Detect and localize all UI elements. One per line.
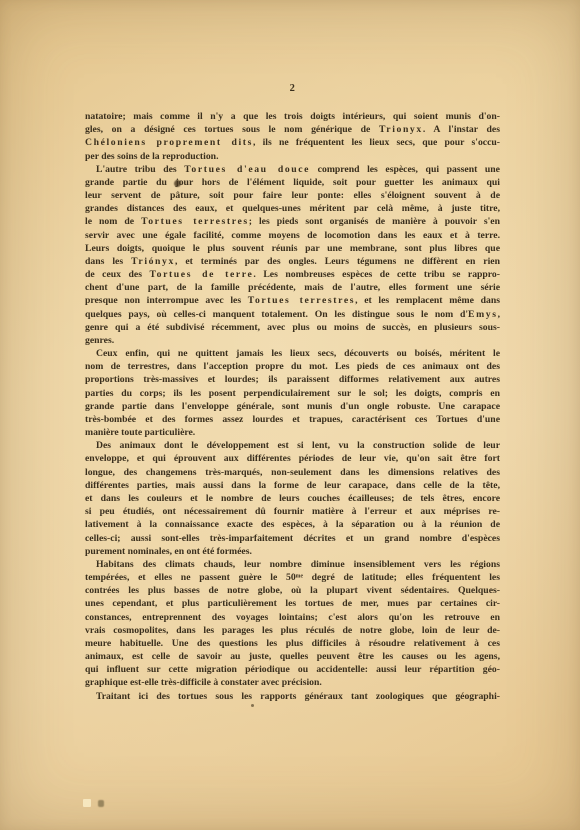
text-line: manière toute particulière. — [85, 426, 500, 439]
text-segment: , — [498, 309, 500, 320]
text-segment: . A l'instar des — [423, 124, 500, 135]
text-segment: Ceux enfin, qui ne quittent jamais les l… — [96, 348, 500, 359]
text-segment: unes cependant, et plus particulièrement… — [85, 598, 500, 609]
text-segment: tempérées, et elles ne passent guère le … — [85, 572, 500, 583]
text-line: purement nominales, en ont été formées. — [85, 545, 500, 558]
text-line: proportions très-massives et lourdes; il… — [85, 373, 500, 386]
text-line: grande partie dans l'enveloppe générale,… — [85, 400, 500, 413]
text-line: grande partie du jour hors de l'élément … — [85, 176, 500, 189]
text-line: meure habituelle. Une des questions les … — [85, 637, 500, 650]
text-segment: per des soins de la reproduction. — [85, 151, 219, 162]
text-segment: lativement à la connaissance exacte des … — [85, 519, 500, 530]
text-segment: qui influent sur cette migration périodi… — [85, 664, 500, 675]
letterspaced-term: Tortues de terre — [149, 269, 253, 280]
scanned-book-page: 2 natatoire; mais comme il n'y a que les… — [0, 0, 580, 830]
text-line: enveloppe, et qui éprouvent aux différen… — [85, 452, 500, 465]
text-line: le nom de Tortues terrestres; les pieds … — [85, 215, 500, 228]
paper-speck — [83, 799, 91, 807]
text-line: longue, des changemens très-marqués, non… — [85, 466, 500, 479]
text-line: animaux, est celle de savoir au juste, q… — [85, 650, 500, 663]
text-segment: grande partie du jour hors de l'élément … — [85, 177, 500, 188]
ink-dot — [251, 704, 254, 707]
text-segment: gles, on a désigné ces tortues sous le n… — [85, 124, 379, 135]
text-line: quelques pays, où celles-ci manquent tot… — [85, 308, 500, 321]
letterspaced-term: Triónyx — [131, 256, 175, 267]
letterspaced-term: Chéloniens proprement dits — [85, 137, 253, 148]
ink-blot — [174, 180, 181, 187]
text-segment: Des animaux dont le développement est si… — [96, 440, 500, 451]
text-segment: presque non interrompue avec les — [85, 295, 248, 306]
text-line: genres. — [85, 334, 500, 347]
text-segment: enveloppe, et qui éprouvent aux différen… — [85, 453, 500, 464]
text-line: tempérées, et elles ne passent guère le … — [85, 571, 500, 584]
text-segment: chent d'une part, de la famille précéden… — [85, 282, 500, 293]
text-segment: genre qui a été subdivisé récemment, ave… — [85, 322, 500, 333]
text-line: chent d'une part, de la famille précéden… — [85, 281, 500, 294]
text-segment: L'autre tribu des — [96, 164, 184, 175]
text-segment: , et les remplacent même dans — [355, 295, 500, 306]
text-segment: , ils ne fréquentent les lieux secs, que… — [253, 137, 500, 148]
text-segment: de ceux des — [85, 269, 149, 280]
text-segment: contrées les plus basses de notre globe,… — [85, 585, 500, 596]
text-segment: le nom de — [85, 216, 141, 227]
text-line: Habitans des climats chauds, leur nombre… — [85, 558, 500, 571]
text-line: différentes parties, mais aussi dans la … — [85, 479, 500, 492]
text-segment: et dans les couleurs et le nombre de leu… — [85, 493, 500, 504]
text-segment: Traitant ici des tortues sous les rappor… — [96, 691, 500, 702]
text-segment: nom de terrestres, dans l'acception prop… — [85, 361, 500, 372]
text-segment: parties du corps; ils les posent perpend… — [85, 388, 500, 399]
text-line: genre qui a été subdivisé récemment, ave… — [85, 321, 500, 334]
text-line: dans les Triónyx, et terminés par des on… — [85, 255, 500, 268]
text-line: constances, entreprennent des voyages lo… — [85, 611, 500, 624]
text-line: per des soins de la reproduction. — [85, 150, 500, 163]
text-segment: natatoire; mais comme il n'y a que les t… — [85, 111, 500, 122]
text-segment: purement nominales, en ont été formées. — [85, 546, 252, 557]
text-line: presque non interrompue avec les Tortues… — [85, 294, 500, 307]
letterspaced-term: Tortues terrestres — [141, 216, 249, 227]
text-line: et dans les couleurs et le nombre de leu… — [85, 492, 500, 505]
text-segment: si peu étudiés, ont nécessairement dû fo… — [85, 506, 500, 517]
text-line: Des animaux dont le développement est si… — [85, 439, 500, 452]
text-segment: très-bombée et des formes assez lourdes … — [85, 414, 500, 425]
page-number: 2 — [85, 83, 500, 94]
text-segment: , et terminés par des ongles. Leurs tégu… — [175, 256, 500, 267]
text-segment: différentes parties, mais aussi dans la … — [85, 480, 500, 491]
letterspaced-term: Tortues d'eau douce — [184, 164, 310, 175]
text-segment: quelques pays, où celles-ci manquent tot… — [85, 309, 468, 320]
text-line: servir avec une égale facilité, comme mo… — [85, 229, 500, 242]
text-segment: animaux, est celle de savoir au juste, q… — [85, 651, 500, 662]
text-line: qui influent sur cette migration périodi… — [85, 663, 500, 676]
text-segment: Leurs doigts, quoique le plus souvent ré… — [85, 243, 500, 254]
letterspaced-term: Tortues terrestres — [248, 295, 355, 306]
letterspaced-term: Emys — [468, 309, 498, 320]
text-segment: servir avec une égale facilité, comme mo… — [85, 230, 500, 241]
text-line: vrais cosmopolites, dans les parages les… — [85, 624, 500, 637]
text-segment: dans les — [85, 256, 131, 267]
text-line: unes cependant, et plus particulièrement… — [85, 597, 500, 610]
text-line: grandes distances des eaux, et quelques-… — [85, 202, 500, 215]
text-line: L'autre tribu des Tortues d'eau douce co… — [85, 163, 500, 176]
text-line: lativement à la connaissance exacte des … — [85, 518, 500, 531]
text-line: parties du corps; ils les posent perpend… — [85, 387, 500, 400]
text-line: Leurs doigts, quoique le plus souvent ré… — [85, 242, 500, 255]
text-line: natatoire; mais comme il n'y a que les t… — [85, 110, 500, 123]
text-segment: ; les pieds sont organisés de manière à … — [249, 216, 500, 227]
letterspaced-term: Trionyx — [379, 124, 423, 135]
text-line: contrées les plus basses de notre globe,… — [85, 584, 500, 597]
text-line: graphique est-elle très-difficile à cons… — [85, 676, 500, 689]
text-line: Traitant ici des tortues sous les rappor… — [85, 690, 500, 703]
text-segment: graphique est-elle très-difficile à cons… — [85, 677, 322, 688]
text-segment: Habitans des climats chauds, leur nombre… — [96, 559, 500, 570]
text-line: gles, on a désigné ces tortues sous le n… — [85, 123, 500, 136]
text-segment: celles-ci; aussi sont-elles très-imparfa… — [85, 533, 500, 544]
ink-speck — [98, 800, 104, 807]
text-segment: genres. — [85, 335, 114, 346]
text-segment: grande partie dans l'enveloppe générale,… — [85, 401, 500, 412]
text-segment: . Les nombreuses espèces de cette tribu … — [253, 269, 500, 280]
text-segment: comprend les espèces, qui passent une — [310, 164, 500, 175]
text-line: celles-ci; aussi sont-elles très-imparfa… — [85, 532, 500, 545]
text-segment: constances, entreprennent des voyages lo… — [85, 612, 500, 623]
text-line: très-bombée et des formes assez lourdes … — [85, 413, 500, 426]
text-line: de ceux des Tortues de terre. Les nombre… — [85, 268, 500, 281]
text-segment: manière toute particulière. — [85, 427, 195, 438]
text-line: si peu étudiés, ont nécessairement dû fo… — [85, 505, 500, 518]
text-segment: grandes distances des eaux, et quelques-… — [85, 203, 500, 214]
text-line: Ceux enfin, qui ne quittent jamais les l… — [85, 347, 500, 360]
text-line: Chéloniens proprement dits, ils ne fréqu… — [85, 136, 500, 149]
text-segment: leur servent de pâture, soit pour faire … — [85, 190, 500, 201]
text-segment: vrais cosmopolites, dans les parages les… — [85, 625, 500, 636]
text-block: natatoire; mais comme il n'y a que les t… — [85, 110, 500, 703]
text-segment: longue, des changemens très-marqués, non… — [85, 467, 500, 478]
text-segment: proportions très-massives et lourdes; il… — [85, 374, 500, 385]
text-line: nom de terrestres, dans l'acception prop… — [85, 360, 500, 373]
text-segment: meure habituelle. Une des questions les … — [85, 638, 500, 649]
text-line: leur servent de pâture, soit pour faire … — [85, 189, 500, 202]
